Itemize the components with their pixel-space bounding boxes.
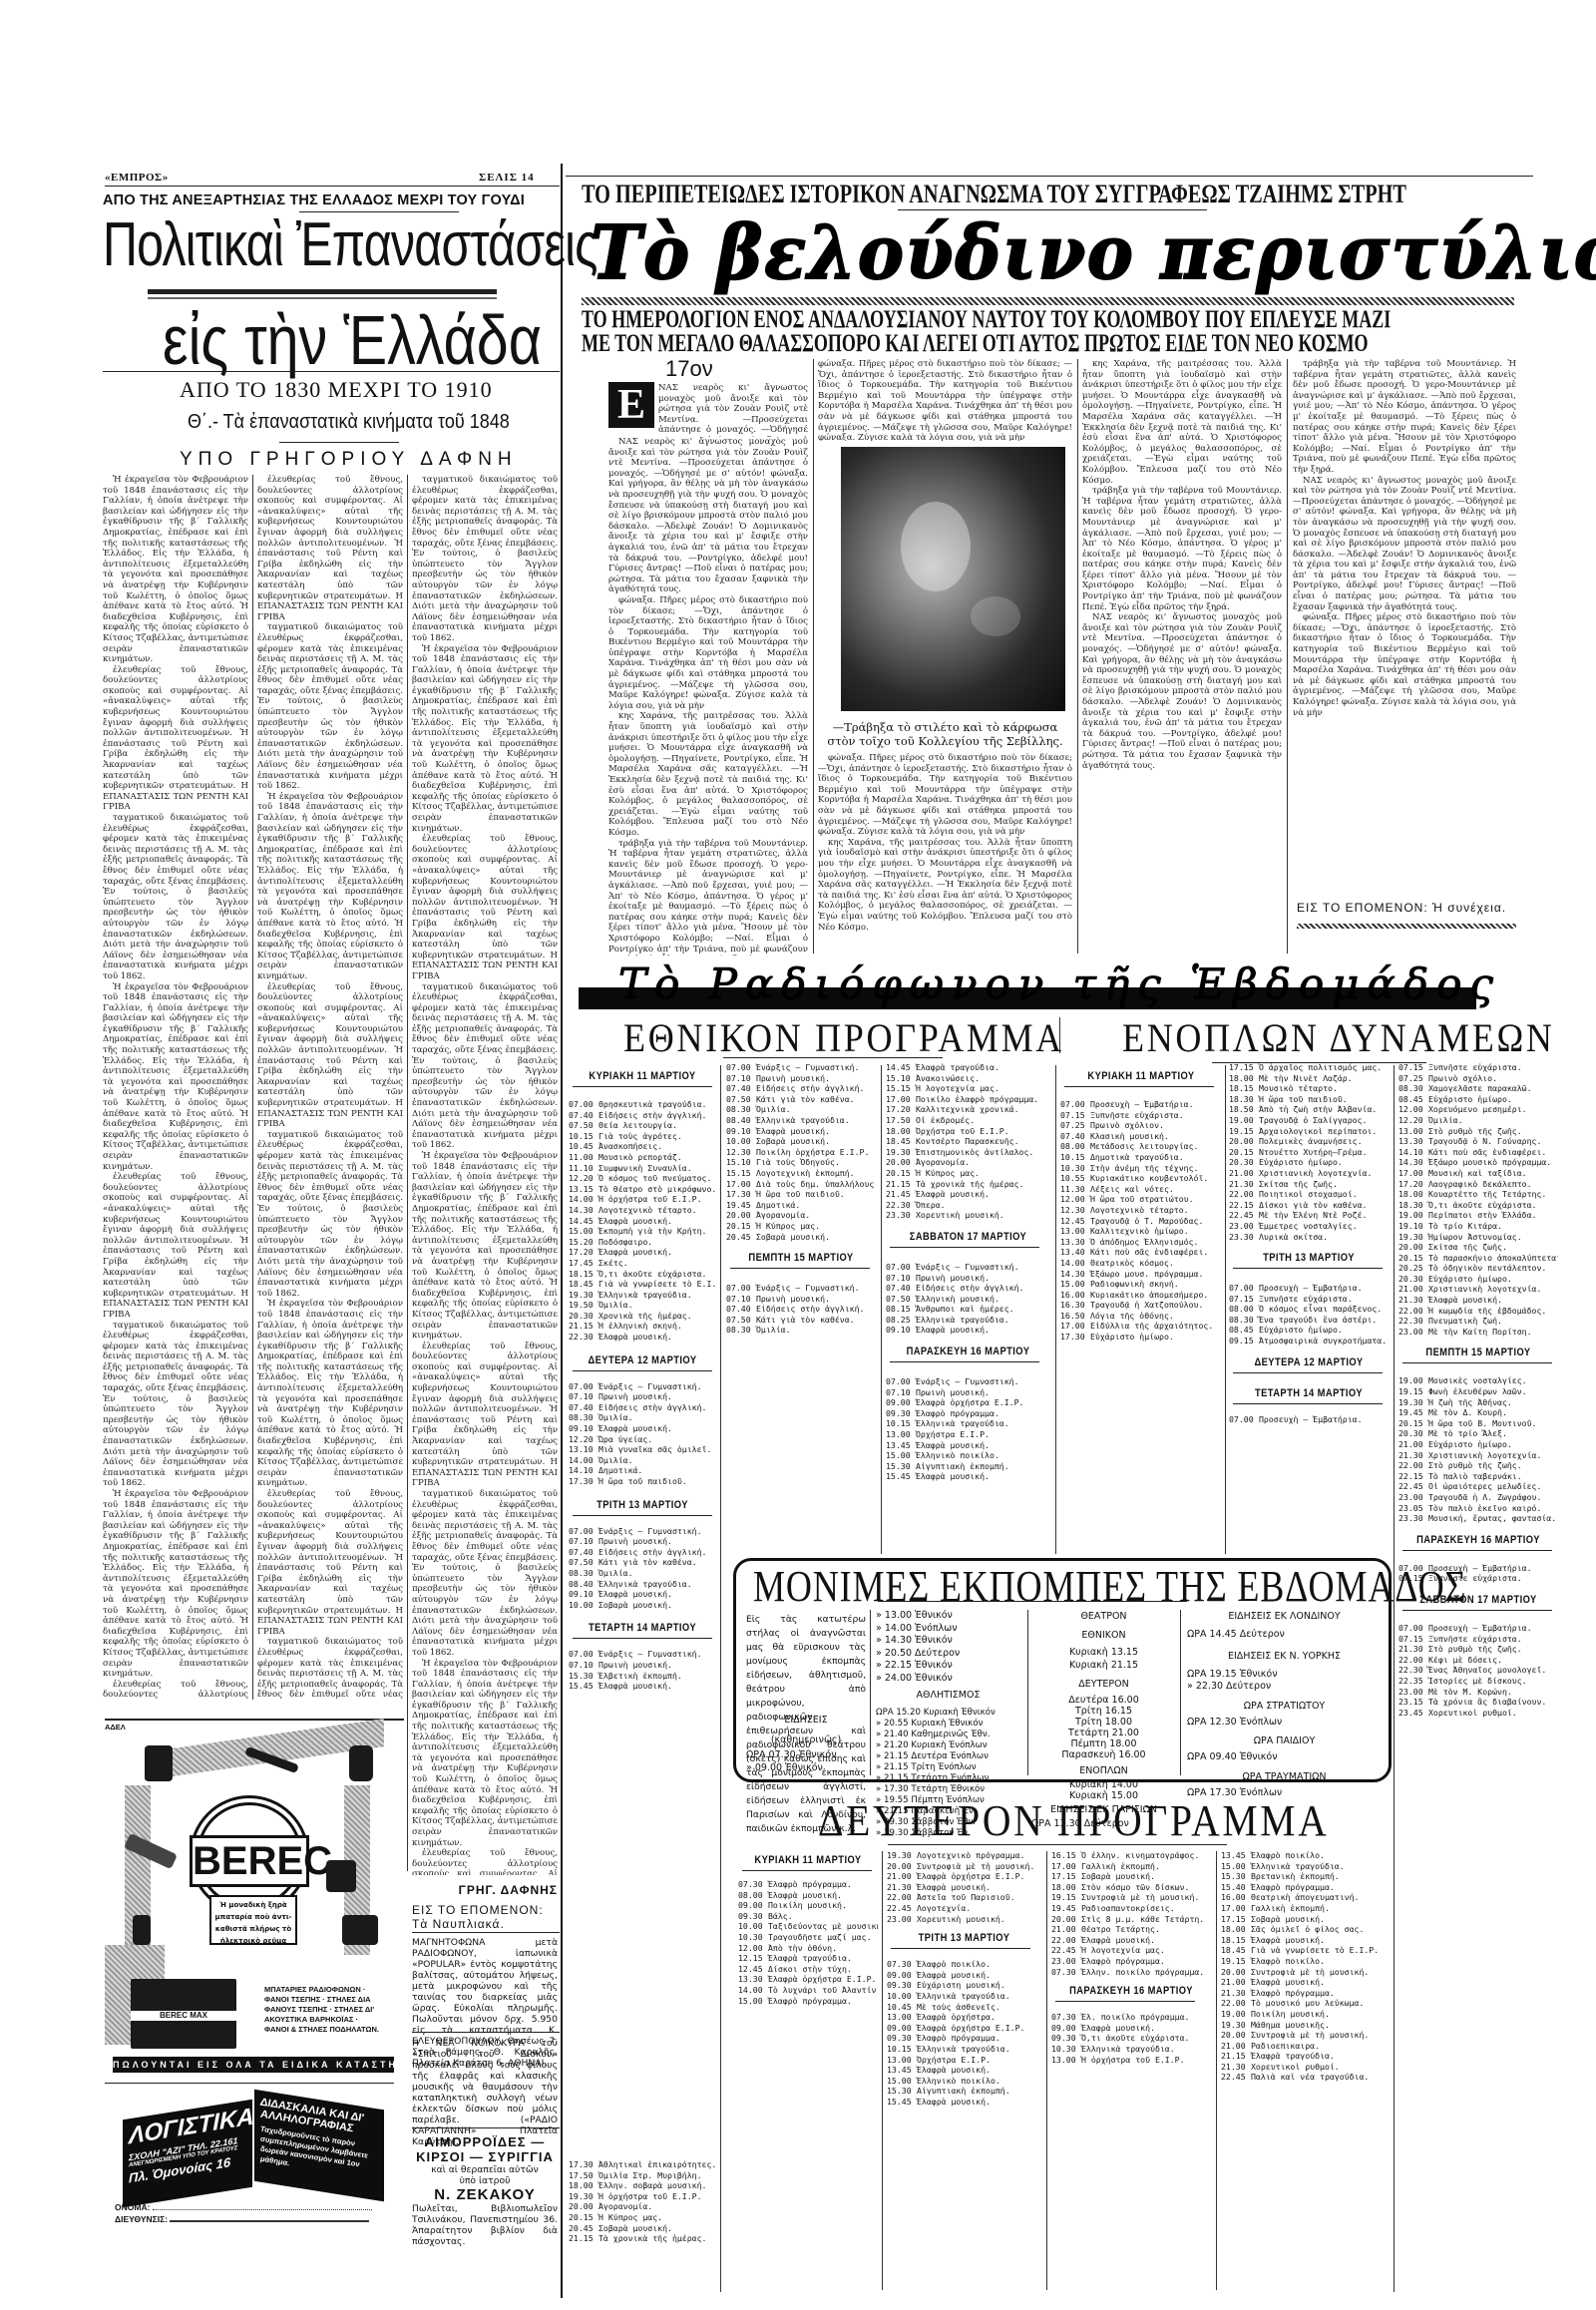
schedule-title: Σκίτσα τῆς ζωῆς. <box>1428 1242 1507 1252</box>
schedule-time: 07.40 <box>886 1283 916 1294</box>
schedule-title: Σοβαρὰ μουσική. <box>1081 1871 1155 1881</box>
schedule-item: 07.15Ξυπνῆστε εὐχάριστα. <box>1398 1634 1558 1645</box>
page-number: ΣΕΛΙΣ 14 <box>479 172 535 184</box>
schedule-title: Ἐνάρξις — Γυμναστική. <box>916 1262 1019 1272</box>
schedule-time: 08.30 <box>1229 1315 1259 1326</box>
next-label: ΕΙΣ ΤΟ ΕΠΟΜΕΝΟΝ: <box>412 1903 544 1917</box>
schedule-title: Προσευχὴ — Ἐμβατήρια. <box>1259 1283 1363 1293</box>
schedule-title: Κάτι ποὺ σᾶς ἐνδιαφέρει. <box>1090 1247 1208 1257</box>
schedule-time: 12.15 <box>738 1953 768 1964</box>
schedule-time: 12.20 <box>569 1434 598 1445</box>
schedule-item: 09.30Εὐχάριστη μουσική. <box>887 1980 1041 1991</box>
article-paragraph: ταγματικοῦ δικαιώματος τοῦ ἐλευθέρως ἐκφ… <box>412 982 558 1152</box>
schedule-title: Ὁμιλία. <box>756 1104 791 1114</box>
schedule-divider <box>1225 1065 1226 1554</box>
schedule-time: 07.00 <box>886 1376 916 1387</box>
schedule-item: 12.20Ὥρα ὑγείας. <box>569 1434 716 1445</box>
schedule-title: Στὶς 8 μ.μ. κάθε Τετάρτη. <box>1081 1914 1204 1924</box>
schedule-item: 18.00Ἑλλην. σοβαρὰ μουσική. <box>569 2180 716 2191</box>
address-label: ΔΙΕΥΘΥΝΣΙΣ: <box>115 2214 168 2224</box>
day-heading: ΤΡΙΤΗ 13 ΜΑΡΤΙΟΥ <box>1241 1242 1377 1268</box>
schedule-item: 18.45Γιὰ νὰ γνωρίσετε τὸ Ε.Ι.Ρ. <box>1221 1945 1391 1956</box>
schedule-list: 16.15Ὁ ἑλλην. κινηματογράφος.17.00Γαλλικ… <box>1051 1850 1211 1977</box>
schedule-item: 09.30Βάλς. <box>738 1911 878 1922</box>
schedule-time: 07.00 <box>1229 1414 1259 1425</box>
schedule-time: 17.15 <box>1221 1914 1251 1925</box>
schedule-time: 20.00 <box>886 1157 916 1168</box>
schedule-item: 15.30Βρετανικὴ ἐκπομπή. <box>1221 1871 1391 1882</box>
schedule-title: Τὸ μουσικό μου λεύκωμα. <box>1251 1998 1364 2008</box>
schedule-item: 07.00Ἐνάρξις — Γυμναστική. <box>726 1062 876 1073</box>
schedule-title: Εἰδήσεις στὴν ἀγγλική. <box>598 1547 706 1557</box>
soldier-hour-row: ΩΡΑ 12.30 Ἐνόπλων <box>1187 1717 1382 1730</box>
schedule-time: 07.40 <box>726 1083 756 1094</box>
schedule-title: Γιὰ νὰ γνωρίσετε τὸ Ε.Ι.Ρ. <box>598 1279 716 1289</box>
schedule-item: 20.00Ἀγορανομία. <box>886 1157 1050 1168</box>
address-field[interactable]: ΔΙΕΥΘΥΝΣΙΣ: <box>115 2214 394 2224</box>
schedule-title: Κυριακάτικο ἀπομεσήμερο. <box>1090 1290 1208 1300</box>
schedule-item: 19.15Συντροφιὰ μὲ τὴ μουσική. <box>1051 1892 1211 1903</box>
schedule-item: 12.45Τραγουδᾷ ὁ Τ. Μαρούδας. <box>1060 1216 1222 1227</box>
schedule-time: 13.45 <box>887 2065 917 2076</box>
schedule-time: 12.00 <box>1398 1104 1428 1115</box>
schedule-title: Στὸν κόσμο τῶν δίσκων. <box>1081 1882 1189 1892</box>
schedule-title: Πρωινὴ μουσική. <box>756 1073 830 1083</box>
schedule-item: 22.45Μὲ τὴν Ἐλένη Ντὲ Ροζέ. <box>1229 1210 1389 1221</box>
schedule-time: 18.00 <box>886 1126 916 1137</box>
schedule-title: Ἐλαφρὸ ποικίλο. <box>1251 1956 1325 1966</box>
schedule-title: Ἐλαφρὰ ὀρχήστρα Ε.Ι.Ρ. <box>917 1871 1024 1881</box>
schedule-time: 22.45 <box>1398 1481 1428 1492</box>
day-heading: ΣΑΒΒΑΤΟΝ 17 ΜΑΡΤΙΟΥ <box>898 1221 1037 1247</box>
schedule-time: 07.15 <box>1398 1634 1428 1645</box>
schedule-title: Ἐλαφρὸ πρόγραμμα. <box>768 1879 852 1889</box>
schedule-item: 17.20Ἐλαφρὰ μουσική. <box>569 1247 716 1258</box>
schedule-title: Ἐλαφρὸ ποικίλο. <box>1251 1850 1325 1860</box>
schedule-time: 14.00 <box>569 1455 598 1466</box>
schedule-title: Πρωινὴ μουσική. <box>916 1387 990 1397</box>
schedule-item: 21.30Σκίτσα τῆς ζωῆς. <box>1229 1179 1389 1190</box>
schedule-item: 23.00Μὲ τὴν Καίτη Πορίτση. <box>1398 1327 1558 1338</box>
photo-caption: —Τράβηξα τὸ στιλέτο καὶ τὸ κάρφωσα στὸν … <box>818 720 1072 748</box>
medical-text: Πωλεῖται, Βιβλιοπωλεῖον Τσιλινάκου, Πανε… <box>412 2203 558 2247</box>
schedule-title: Γιὰ νὰ γνωρίσετε τὸ Ε.Ι.Ρ. <box>1251 1945 1379 1955</box>
schedule-title: Ἡμίωρον Ἀστυνομίας. <box>1428 1232 1522 1242</box>
schedule-time: 20.25 <box>1398 1263 1428 1274</box>
schedule-item: 21.45Ἐλαφρὰ μουσική. <box>886 1189 1050 1200</box>
schedule-item: 12.30Λογοτεχνικὸ τέταρτο. <box>1060 1205 1222 1216</box>
schedule-time: 15.45 <box>569 1681 598 1692</box>
schedule-list: 07.00Ἐνάρξις — Γυμναστική.07.10Πρωινὴ μο… <box>569 1649 716 1691</box>
schedule-title: Ποικίλη μουσική. <box>1251 2009 1330 2019</box>
schedule-time: 15.00 <box>738 1996 768 2007</box>
schedule-title: Χορευτικοὶ ρυθμοί. <box>1428 1708 1517 1718</box>
schedule-time: 13.00 <box>1051 2055 1081 2066</box>
schedule-item: 20.00Ἀγορανομία. <box>569 2201 716 2212</box>
schedule-time: 19.15 <box>1398 1386 1428 1397</box>
schedule-time: 19.00 <box>1398 1375 1428 1386</box>
schedule-title: Συντροφιὰ μὲ τὴ μουσική. <box>1251 2030 1369 2040</box>
schedule-time: 22.45 <box>1051 1945 1081 1956</box>
schedule-time: 13.30 <box>738 1974 768 1985</box>
schedule-time: 10.55 <box>1060 1173 1090 1184</box>
schedule-time: 14.00 <box>1060 1258 1090 1269</box>
schedule-title: Ἐλ. ποικίλο πρόγραμμα. <box>1081 2012 1189 2022</box>
column-divider <box>813 359 814 954</box>
schedule-item: 13.15Τὸ θέατρο στὸ μικρόφωνο. <box>569 1184 716 1195</box>
schedule-item: 20.00Σκίτσα τῆς ζωῆς. <box>1398 1242 1558 1253</box>
listing-line: » 21.20 Κυριακὴ Ἐνόπλων <box>876 1740 996 1751</box>
schedule-time: 10.00 <box>726 1136 756 1147</box>
schedule-item: 20.30Εὐχάριστο ἡμίωρο. <box>1398 1274 1558 1285</box>
schedule-time: 20.15 <box>1398 1418 1428 1429</box>
theatre-armed-label: ΕΝΟΠΛΩΝ <box>1031 1764 1176 1777</box>
schedule-title: Ἡ Κύπρος μας. <box>916 1168 980 1178</box>
schedule-list: 19.00Μουσικὲς νοσταλγίες.19.15Φωνὴ ἐλευθ… <box>1398 1375 1558 1523</box>
schedule-time: 19.30 <box>1398 1232 1428 1243</box>
decorative-border <box>582 297 1514 305</box>
name-label: ΟΝΟΜΑ: <box>115 2202 150 2212</box>
schedule-time: 21.30 <box>1398 1450 1428 1461</box>
schedule-title: Ἐλαφρὰ τραγούδια. <box>1251 2051 1335 2061</box>
schedule-item: 17.15Σοβαρὰ μουσική. <box>1051 1871 1211 1882</box>
schedule-list: 07.00Ἐνάρξις — Γυμναστική.07.10Πρωινὴ μο… <box>569 1526 716 1611</box>
schedule-item: 07.00Προσευχὴ — Ἐμβατήρια. <box>1229 1414 1389 1425</box>
schedule-time: 13.00 <box>887 2012 917 2023</box>
serial-column-1: ΝΑΣ νεαρὸς κι' ἄγνωστος μοναχὸς μοῦ ἄνοι… <box>608 437 808 956</box>
schedule-time: 19.50 <box>569 1300 598 1311</box>
schedule-item: 21.15Ἐλαφρὰ τραγούδια. <box>1221 2051 1391 2062</box>
heading-divider <box>1059 1017 1060 1053</box>
schedule-time: 07.00 <box>569 1649 598 1660</box>
schedule-title: Μουσικὸ τέταρτο. <box>1259 1083 1338 1093</box>
schedule-item: 20.15Ἡ ὥρα τοῦ Β. Μουτινοῦ. <box>1398 1418 1558 1429</box>
schedule-time: 22.35 <box>1398 1676 1428 1687</box>
schedule-item: 21.00Χριστιανικὴ λογοτεχνία. <box>1229 1168 1389 1179</box>
schedule-title: Ἐλαφρὸ πρόγραμμα. <box>1251 1988 1335 1998</box>
schedule-time: 17.50 <box>569 2170 598 2181</box>
schedule-title: Ἐλαφρὸ πρόγραμμα. <box>768 1996 852 2006</box>
schedule-item: 11.10Συμφωνικὴ Συναυλία. <box>569 1163 716 1174</box>
schedule-item: 18.00Στὸν κόσμο τῶν δίσκων. <box>1051 1882 1211 1893</box>
schedule-time: 15.00 <box>1221 1861 1251 1872</box>
serial-column-1-top: ΝΑΣ νεαρὸς κι' ἄγνωστος μοναχὸς μοῦ ἄνοι… <box>658 383 808 437</box>
schedule-time: 14.30 <box>1060 1269 1090 1280</box>
book-left-page: ΛΟΓΙΣΤΙΚΑ; ΣΧΟΛΗ "ΑΖΙ" ΤΗΛ. 22.161 ΑΝΕΓΝ… <box>123 2100 252 2208</box>
schedule-time: 17.15 <box>1229 1062 1259 1073</box>
schedule-item: 09.00Ποικίλη μουσική. <box>738 1900 878 1911</box>
schedule-title: Ἡ ὀρχήστρα τοῦ Ε.Ι.Ρ. <box>598 2191 702 2201</box>
schedule-divider <box>882 1851 883 2290</box>
slogan-line: Ἡ μοναδικὴ ξηρὰ <box>211 1899 295 1911</box>
schedule-title: Εἰδύλλια τῆς ἀρχαιότητος. <box>1090 1321 1213 1331</box>
schedule-title: Ποικίλη ὀρχήστρα Ε.Ι.Ρ. <box>756 1147 869 1157</box>
schedule-item: 13.00Καλλιτεχνικὸ ἡμίωρο. <box>1060 1226 1222 1237</box>
schedule-time: 20.15 <box>1229 1147 1259 1158</box>
schedule-item: 10.30Ἑλληνικὰ τραγούδια. <box>1051 2044 1211 2055</box>
schedule-title: Περίπατοι στὴν Ἑλλάδα. <box>1428 1210 1536 1220</box>
schedule-title: Εὐχάριστη μουσική. <box>917 1980 1005 1990</box>
schedule-item: 15.40Ἐλαφρὸ πρόγραμμα. <box>1221 1882 1391 1893</box>
schedule-time: 18.15 <box>1221 1935 1251 1946</box>
schedule-title: Συμφωνικὴ Συναυλία. <box>598 1163 692 1173</box>
schedule-item: 19.45Μὲ τὸν Δ. Κουρῆ. <box>1398 1407 1558 1418</box>
medical-line: ὑπὸ ἰατροῦ <box>412 2175 558 2186</box>
man-with-hat-illustration <box>326 1860 356 1892</box>
schedule-item: 22.00Ποιητικοὶ στοχασμοί. <box>1229 1189 1389 1200</box>
schedule-time: 09.10 <box>886 1325 916 1336</box>
schedule-item: 10.30Στὴν ἀνέμη τῆς τέχνης. <box>1060 1163 1222 1174</box>
record-shop-ad: Η ΝΕΑ ΝΟΙΚΟΚΥΡΑ τοῦ «Σπιτιοῦ τοῦ Δίσκου»… <box>412 2038 558 2147</box>
schedule-title: Τὰ χρονικὰ τῆς ἡμέρας. <box>598 2233 706 2243</box>
battery-icon <box>133 1915 151 1945</box>
schedule-item: 09.10Ἐλαφρὰ μουσική. <box>569 1423 716 1434</box>
schedule-title: Κάτι γιὰ τὸν καθένα. <box>756 1315 855 1325</box>
schedule-time: 07.30 <box>887 1959 917 1970</box>
schedule-item: 18.45Κοντσέρτο Παρασκευῆς. <box>886 1136 1050 1147</box>
schedule-title: Μουσικὸ ρεπορτάζ. <box>598 1152 682 1162</box>
schedule-time: 12.00 <box>1060 1194 1090 1205</box>
schedule-time: 17.30 <box>569 1476 598 1487</box>
schedule-item: 18.30Ἡ ὥρα τοῦ παιδιοῦ. <box>1229 1094 1389 1105</box>
schedule-time: 21.30 <box>887 1882 917 1893</box>
schedule-item: 19.30Ἡμίωρον Ἀστυνομίας. <box>1398 1232 1558 1243</box>
schedule-time: 14.00 <box>569 1194 598 1205</box>
schedule-item: 17.20Λαογραφικὸ δεκάλεπτο. <box>1398 1179 1558 1190</box>
schedule-item: 10.15Δημοτικὰ τραγούδια. <box>1060 1152 1222 1163</box>
serial-paragraph: τράβηξα γιὰ τὴν ταβέρνα τοῦ Μουντάνιερ. … <box>1293 359 1516 476</box>
schedule-item: 15.30Ἑλβετικὴ ἐκπομπή. <box>569 1671 716 1682</box>
schedule-title: Πρωινὸ σχόλιον. <box>1090 1120 1164 1130</box>
schedule-time: 07.50 <box>569 1120 598 1131</box>
article-chapter: Θ΄.- Τὰ ἐπαναστατικὰ κινήματα τοῦ 1848 <box>188 411 510 434</box>
schedule-time: 08.45 <box>1229 1325 1259 1336</box>
article-paragraph: ἐλευθερίας τοῦ ἔθνους, δουλεύοντες ἀλλοτ… <box>257 982 403 1130</box>
london-news-row: ΩΡΑ 14.45 Δεύτερον <box>1187 1629 1382 1642</box>
article-paragraph: Ἡ ἐκραγεῖσα τὸν Φεβρουάριον τοῦ 1848 ἐπα… <box>103 982 248 1173</box>
schedule-title: Ἐλαφρὰ μουσική. <box>917 2065 991 2075</box>
article-paragraph: ἐλευθερίας τοῦ ἔθνους, δουλεύοντες ἀλλοτ… <box>103 1680 248 1700</box>
schedule-time: 19.10 <box>1398 1221 1428 1232</box>
schedule-time: 23.00 <box>1398 1492 1428 1503</box>
schedule-title: Ἑλληνικὸ ποικίλο. <box>917 2076 1000 2086</box>
schedule-time: 08.40 <box>726 1115 756 1126</box>
schedule-item: 19.30Ἡ ὀρχήστρα τοῦ Ε.Ι.Ρ. <box>569 2191 716 2202</box>
schedule-item: 19.30Ἐπιστημονικὸς ἀντίλαλος. <box>886 1147 1050 1158</box>
schedule-title: Καλλιτεχνικὰ χρονικά. <box>916 1104 1019 1114</box>
schedule-time: 10.15 <box>886 1418 916 1429</box>
schedule-time: 08.30 <box>569 1568 598 1579</box>
schedule-title: Δίσκοι γιὰ τὸν καθένα. <box>1259 1200 1367 1210</box>
armed-col-2: 17.15Ὁ ἀρχαῖος πολιτισμός μας.18.00Μὲ τὴ… <box>1229 1062 1389 1424</box>
schedule-title: Λογοτεχνικὸ τέταρτο. <box>598 1205 697 1215</box>
schedule-title: Ὁ ἀρχαῖος πολιτισμός μας. <box>1259 1062 1382 1072</box>
schedule-item: 23.30Μουσική, ἔρωτας, φαντασία. <box>1398 1513 1558 1524</box>
schedule-item: 17.00Γαλλικὴ ἐκπομπή. <box>1051 1861 1211 1872</box>
schedule-time: 23.00 <box>1398 1687 1428 1698</box>
listing-line: » 21.15 Τρίτη Ἐνόπλων <box>876 1762 996 1773</box>
schedule-list: 07.30Ἐλαφρὸ πρόγραμμα.08.00Ἐλαφρὰ μουσικ… <box>738 1879 878 2006</box>
schedule-item: 19.00Ποικίλη μουσική. <box>1221 2009 1391 2020</box>
national-col-3: 14.45Ἐλαφρὰ τραγούδια.15.10Ἀνακοινώσεις.… <box>886 1062 1050 1482</box>
schedule-time: 07.40 <box>1060 1131 1090 1142</box>
schedule-time: 23.00 <box>1051 1956 1081 1967</box>
schedule-time: 20.45 <box>569 2223 598 2234</box>
schedule-item: 14.45Ἐλαφρὰ τραγούδια. <box>886 1062 1050 1073</box>
schedule-item: 12.15Ἐλαφρὰ τραγούδια. <box>738 1953 878 1964</box>
ny-news-title: ΕΙΔΗΣΕΙΣ ΕΚ Ν. ΥΟΡΚΗΣ <box>1187 1650 1382 1663</box>
schedule-title: Ἀπὸ τὴ ζωὴ στὴν Ἀλβανία. <box>1259 1104 1377 1114</box>
schedule-item: 08.00Ἐλαφρὰ μουσική. <box>738 1890 878 1901</box>
serial-paragraph: κης Χαράνα, τῆς μαιτρέσσας του. Ἀλλὰ ἦτα… <box>818 838 1072 933</box>
schedule-item: 22.30Ἕνας Ἀθηναῖος μονολογεῖ. <box>1398 1665 1558 1676</box>
schedule-time: 21.00 <box>1221 2041 1251 2052</box>
berec-max-box: BEREC MAX <box>131 1979 236 2049</box>
serial-paragraph: φώναξα. Πῆρες μέρος στὸ δικαστήριο ποὺ τ… <box>818 359 1072 441</box>
schedule-item: 09.00Ἐλαφρὰ μουσική. <box>887 1970 1041 1981</box>
listing-line: ΩΡΑ 07.30 Ἐθνικόν <box>746 1749 837 1762</box>
schedule-time: 20.30 <box>1229 1157 1259 1168</box>
serial-deck-line-2: ΜΕ ΤΟΝ ΜΕΓΑΛΟ ΘΑΛΑΣΣΟΠΟΡΟ ΚΑΙ ΛΕΓΕΙ ΟΤΙ … <box>582 330 1368 357</box>
day-rule <box>1233 1372 1383 1373</box>
schedule-time: 21.15 <box>886 1179 916 1190</box>
schedule-title: Λαογραφικὸ δεκάλεπτο. <box>1428 1179 1532 1189</box>
schedule-time: 09.30 <box>886 1408 916 1419</box>
schedule-time: 21.30 <box>1398 1644 1428 1655</box>
schedule-item: 07.10Πρωινὴ μουσική. <box>569 1391 716 1402</box>
national-col-1: ΚΥΡΙΑΚΗ 11 ΜΑΡΤΙΟΥ 07.00Θρησκευτικὰ τραγ… <box>569 1062 716 1692</box>
schedule-time: 20.00 <box>569 2201 598 2212</box>
article-paragraph: ἐλευθερίας τοῦ ἔθνους, δουλεύοντες ἀλλοτ… <box>412 1848 558 1875</box>
schedule-time: 09.00 <box>738 1900 768 1911</box>
schedule-title: Ξυπνῆστε εὐχάριστα. <box>1428 1634 1522 1644</box>
schedule-time: 17.00 <box>1221 1903 1251 1914</box>
subtitle-rule <box>103 371 560 372</box>
schedule-title: Συντροφιὰ μὲ τὴ μουσική. <box>1251 1967 1369 1977</box>
medical-line: ΚΙΡΣΟΙ — ΣΥΡΙΓΓΙΑ <box>412 2149 558 2164</box>
schedule-title: Ἐλαφρὰ ὀρχήστρα Ε.Ι.Ρ. <box>917 2023 1024 2033</box>
schedule-time: 09.30 <box>1051 2033 1081 2044</box>
schedule-item: 21.15Τὰ χρονικὰ τῆς ἡμέρας. <box>569 2233 716 2244</box>
schedule-time: 17.15 <box>1051 1871 1081 1882</box>
news-title: ΕΙΔΗΣΕΙΣ <box>746 1714 866 1727</box>
schedule-title: Μὲ τὴν Ἐλένη Ντὲ Ροζέ. <box>1259 1210 1367 1220</box>
schedule-title: Ντουέττο Χυτήρη—Γρέμα. <box>1259 1147 1367 1157</box>
schedule-title: Οἱ ἐκδρομές. <box>916 1115 975 1125</box>
schedule-item: 22.00Ἐλαφρὰ μουσική. <box>1051 1935 1211 1946</box>
schedule-time: 22.45 <box>887 1903 917 1914</box>
schedule-item: 20.00Συντροφιὰ μὲ τὴ μουσική. <box>1221 1967 1391 1978</box>
schedule-time: 08.00 <box>738 1890 768 1901</box>
schedule-item: 07.30Ἐλαφρὸ ποικίλο. <box>887 1959 1041 1970</box>
schedule-item: 07.00Ἐνάρξις — Γυμναστική. <box>569 1526 716 1537</box>
schedule-item: 19.45Δημοτικά. <box>726 1200 876 1211</box>
schedule-item: 17.50Ὁμιλία Στρ. Μυριβήλη. <box>569 2170 716 2181</box>
schedule-time: 23.15 <box>1398 1697 1428 1708</box>
day-heading: ΚΥΡΙΑΚΗ 11 ΜΑΡΤΙΟΥ <box>749 1850 868 1870</box>
heading-rule <box>888 1844 1227 1845</box>
radio-banner-text: Τὸ Ραδιόφωνον τῆς Ἑβδομάδος <box>618 960 1501 1008</box>
schedule-title: Λογοτεχνικὸ πρόγραμμα. <box>917 1850 1024 1860</box>
schedule-list: 07.00Προσευχὴ — Ἐμβατήρια. <box>1229 1414 1389 1425</box>
schedule-title: Ραδιοφωνικὴ σκηνή. <box>1090 1279 1179 1289</box>
schedule-title: Ἑλληνικὴ μουσική. <box>916 1294 999 1304</box>
day-heading: ΔΕΥΤΕΡΑ 12 ΜΑΡΤΙΟΥ <box>580 1343 705 1370</box>
schedule-time: 23.05 <box>1398 1503 1428 1514</box>
day-rule <box>742 1870 872 1871</box>
schedule-item: 07.25Πρωινὸ σχόλιο. <box>1398 1073 1558 1084</box>
schedule-item: 17.00Μουσικὴ καὶ ταξίδια. <box>1398 1168 1558 1179</box>
schedule-title: Ἀτμοσφαιρικὰ συγκροτήματα. <box>1259 1336 1387 1346</box>
schedule-title: Εὐχάριστο ἡμίωρο. <box>1259 1157 1343 1167</box>
article-column-2: ἐλευθερίας τοῦ ἔθνους, δουλεύοντες ἀλλοτ… <box>257 475 403 1700</box>
schedule-item: 07.10Πρωινὴ μουσική. <box>886 1273 1050 1284</box>
schedule-title: Μὲ τὴν Νινὲτ Λαζάρ. <box>1259 1073 1353 1083</box>
day-heading: ΠΕΜΠΤΗ 15 ΜΑΡΤΙΟΥ <box>737 1242 865 1268</box>
schedule-title: Ἑλληνικὸ ποικίλο. <box>916 1450 999 1460</box>
schedule-title: Ἐλαφρὰ μουσική. <box>1081 1935 1155 1945</box>
product-label: BEREC MAX <box>131 2011 236 2021</box>
day-rule <box>890 1361 1039 1362</box>
schedule-item: 19.15Ἀρχαιολογικοὶ περίπατοι. <box>1229 1126 1389 1137</box>
schedule-item: 07.40Κλασικὴ μουσική. <box>1060 1131 1222 1142</box>
day-heading: ΤΡΙΤΗ 13 ΜΑΡΤΙΟΥ <box>899 1924 1030 1948</box>
day-rule <box>573 1638 712 1639</box>
schedule-time: 19.15 <box>1221 1956 1251 1967</box>
schedule-time: 15.40 <box>1221 1882 1251 1893</box>
schedule-title: Τὸ παλιὸ ταβερνάκι. <box>1428 1471 1522 1481</box>
schedule-time: 18.50 <box>1229 1104 1259 1115</box>
schedule-title: Ἐλαφρὰ μουσική. <box>916 1471 990 1481</box>
schedule-title: Ἡ ὥρα τοῦ παιδιοῦ. <box>756 1189 845 1199</box>
schedule-title: Ἀστεῖα τοῦ Παρισιοῦ. <box>917 1892 1015 1902</box>
schedule-item: 21.00Ραδιοεπικαιρα. <box>1221 2041 1391 2052</box>
article-paragraph: ταγματικοῦ δικαιώματος τοῦ ἐλευθέρως ἐκφ… <box>257 1130 403 1300</box>
listing-line: » 21.40 Καθημερινῶς Ἐθν. <box>876 1730 996 1740</box>
schedule-title: Ἀρχαιολογικοὶ περίπατοι. <box>1259 1126 1377 1136</box>
schedule-divider <box>1055 1065 1056 1554</box>
schedule-time: 07.10 <box>886 1273 916 1284</box>
schedule-time: 16.00 <box>1221 1892 1251 1903</box>
schedule-time: 09.10 <box>569 1589 598 1600</box>
schedule-title: Γιὰ τοὺς Ὀδηγούς. <box>756 1157 840 1167</box>
schedule-item: 23.30Λυρικὰ σκίτσα. <box>1229 1232 1389 1243</box>
schedule-time: 22.00 <box>1398 1306 1428 1317</box>
schedule-title: Δίσκοι στὴν τύχη. <box>768 1964 852 1974</box>
name-field[interactable]: ΟΝΟΜΑ: <box>115 2202 394 2212</box>
article-paragraph: Ἡ ἐκραγεῖσα τὸν Φεβρουάριον τοῦ 1848 ἐπα… <box>257 1299 403 1489</box>
schedule-item: 21.30Ἐλαφρὸ πρόγραμμα. <box>1221 1988 1391 1999</box>
schedule-title: Πρωινὴ μουσική. <box>598 1536 672 1546</box>
schedule-item: 18.15Ἐλαφρὰ μουσική. <box>1221 1935 1391 1946</box>
schedule-time: 21.00 <box>1398 1284 1428 1295</box>
schedule-item: 07.10Πρωινὴ μουσική. <box>886 1387 1050 1398</box>
schedule-title: Ὁ ἀπόδημος Ἑλληνισμός. <box>1090 1237 1198 1247</box>
schedule-item: 14.45Ἐλαφρὰ μουσική. <box>569 1216 716 1227</box>
schedule-time: 10.30 <box>738 1932 768 1943</box>
schedule-title: Ὁμιλία. <box>756 1325 791 1335</box>
schedule-item: 07.50Κάτι γιὰ τὸν καθένα. <box>726 1094 876 1105</box>
schedule-time: 14.45 <box>886 1062 916 1073</box>
article-paragraph: ταγματικοῦ δικαιώματος τοῦ ἐλευθέρως ἐκφ… <box>412 475 558 644</box>
schedule-item: 11.00Μουσικὸ ρεπορτάζ. <box>569 1152 716 1163</box>
berec-slogan-card: Ἡ μοναδικὴ ξηρὰ μπαταρία ποὺ ἀντι- καθισ… <box>209 1895 297 1945</box>
schedule-title: Τραγουδᾷ ἡ Χατζοπούλου. <box>1090 1300 1203 1310</box>
schedule-title: Ἐλαφρὰ ὀρχήστρα Ε.Ι.Ρ. <box>916 1397 1023 1407</box>
schedule-title: Μουσική, ἔρωτας, φαντασία. <box>1428 1513 1556 1523</box>
schedule-item: 17.30Εὐχάριστο ἡμίωρο. <box>1060 1332 1222 1343</box>
schedule-time: 15.15 <box>886 1083 916 1094</box>
